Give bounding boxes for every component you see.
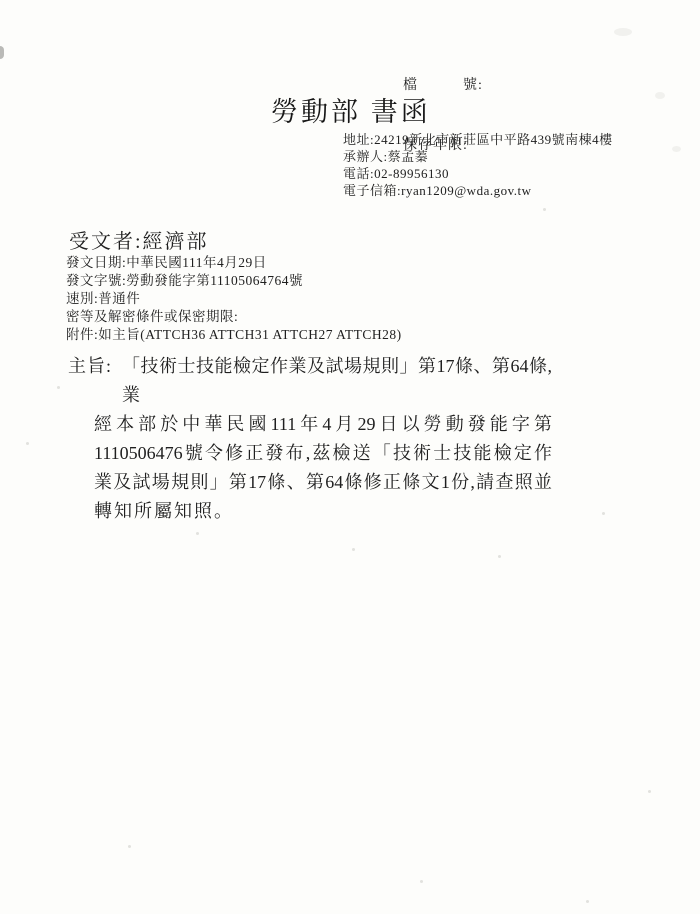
scan-speck [352,548,355,551]
scan-edge-mark [0,46,4,59]
scan-speck [128,845,131,848]
scan-speck [648,790,651,793]
scan-speck [543,208,546,211]
meta-line-security: 密等及解密條件或保密期限: [66,308,402,326]
subject-line: 經本部於中華民國111年4月29日以勞動發能字第 [94,410,552,439]
sender-contact-line: 承辦人:蔡孟蓁 [343,148,613,165]
subject-body: 「技術士技能檢定作業及試場規則」第17條、第64條,業 經本部於中華民國111年… [94,352,552,526]
subject-line: 1110506476號令修正發布,茲檢送「技術士技能檢定作 [94,439,552,468]
scan-smudge [614,28,632,36]
recipient-line: 受文者:經濟部 [69,225,209,254]
scan-smudge [655,92,665,99]
subject-line: 「技術士技能檢定作業及試場規則」第17條、第64條,業 [94,352,552,410]
scan-smudge [672,146,681,152]
document-page: 檔 號: 保存年限: 勞動部 書函 地址:24219新北市新莊區中平路439號南… [0,0,700,914]
meta-line-attachment: 附件:如主旨(ATTCH36 ATTCH31 ATTCH27 ATTCH28) [66,326,402,344]
scan-speck [420,880,423,883]
scan-speck [602,512,605,515]
document-title: 勞動部 書函 [271,90,431,129]
meta-line-issue-date: 發文日期:中華民國111年4月29日 [66,254,402,272]
subject-line: 業及試場規則」第17條、第64條修正條文1份,請查照並 [94,468,552,497]
scan-speck [196,532,199,535]
subject-line: 轉知所屬知照。 [94,497,552,526]
sender-info-block: 地址:24219新北市新莊區中平路439號南棟4樓 承辦人:蔡孟蓁 電話:02-… [343,131,613,199]
sender-phone-line: 電話:02-89956130 [343,165,613,182]
meta-line-priority: 速別:普通件 [66,290,402,308]
scan-speck [498,555,501,558]
scan-speck [586,900,589,903]
meta-line-doc-number: 發文字號:勞動發能字第11105064764號 [66,272,402,290]
sender-email-line: 電子信箱:ryan1209@wda.gov.tw [343,182,613,199]
scan-speck [57,386,60,389]
meta-block: 發文日期:中華民國111年4月29日 發文字號:勞動發能字第1110506476… [66,254,402,344]
scan-speck [26,442,29,445]
sender-address-line: 地址:24219新北市新莊區中平路439號南棟4樓 [343,131,613,148]
